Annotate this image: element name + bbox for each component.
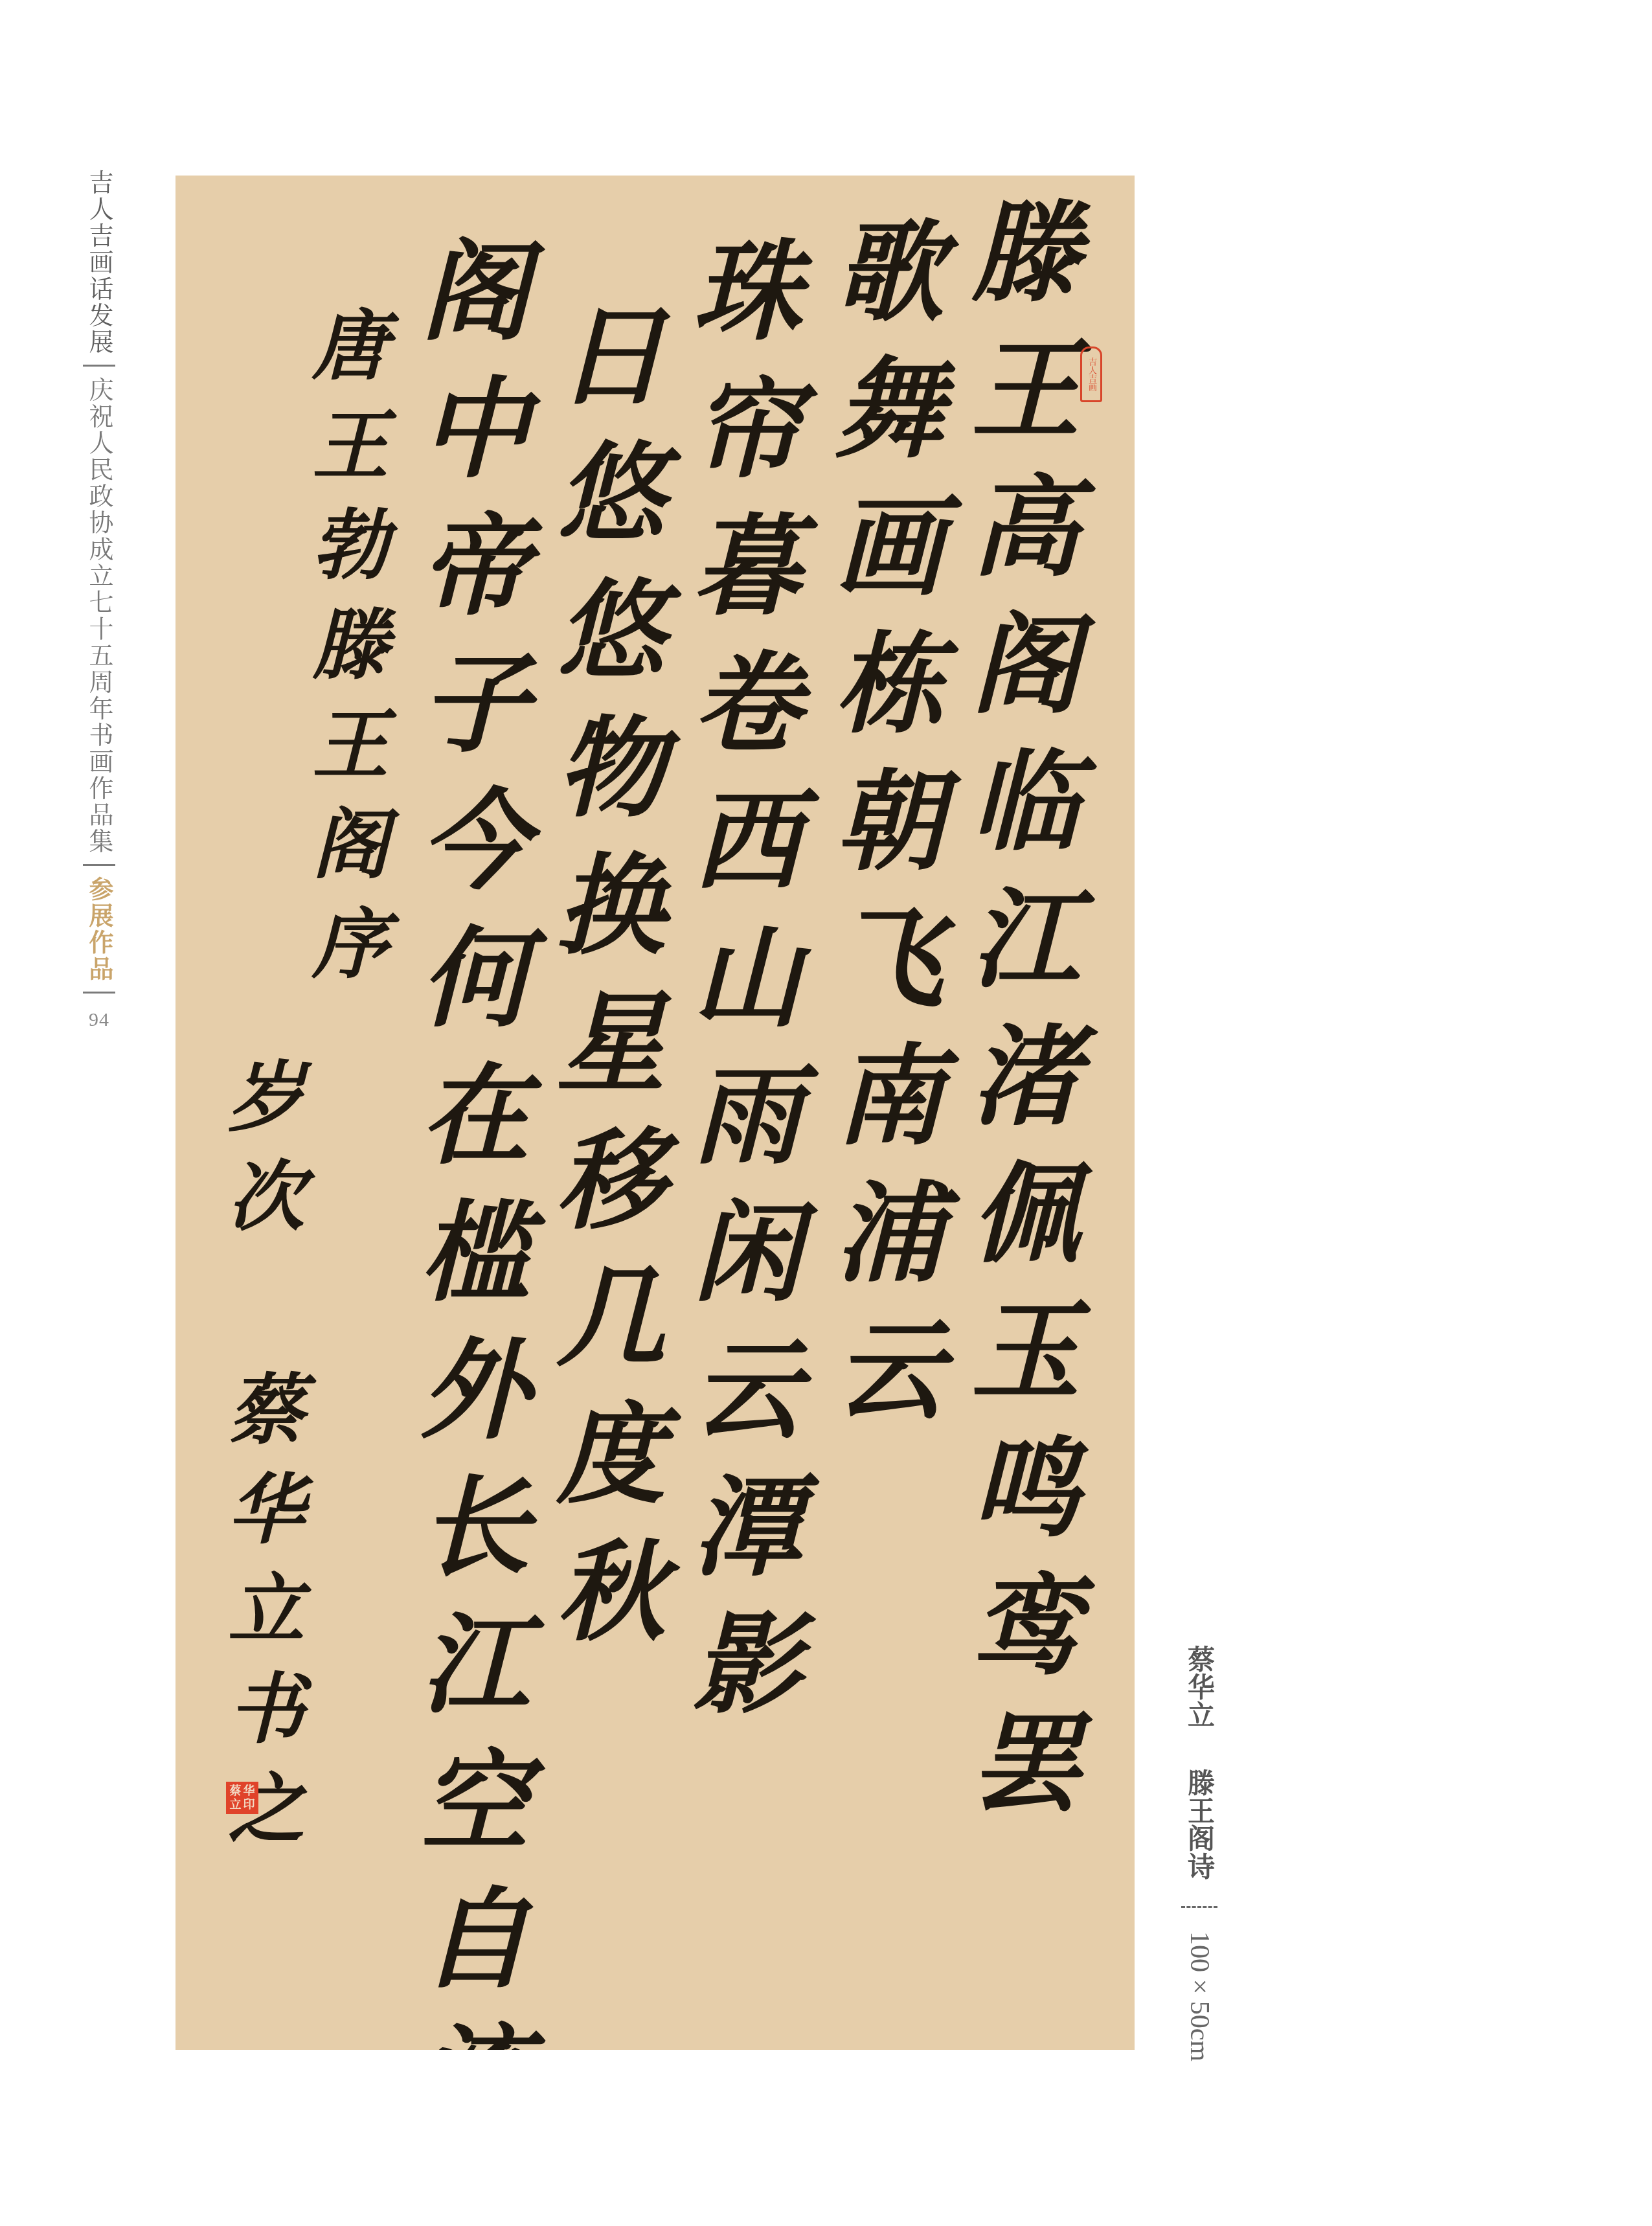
running-header: 吉人吉画话发展 庆祝人民政协成立七十五周年书画作品集 参展作品 94: [83, 170, 115, 1031]
seal-char: 印: [242, 1798, 256, 1811]
seal-char: 蔡: [229, 1784, 242, 1798]
header-divider: [83, 365, 115, 367]
section-label: 参展作品: [83, 876, 115, 982]
poem-column-4: 日悠悠物换星移几度秋: [538, 299, 668, 1672]
book-subtitle: 庆祝人民政协成立七十五周年书画作品集: [83, 377, 115, 855]
book-title: 吉人吉画话发展: [83, 170, 115, 356]
artwork-dimensions: 100 × 50cm: [1181, 1931, 1217, 2061]
poem-column-5: 阁中帝子今何在槛外长江空自流: [402, 234, 532, 2050]
header-divider: [83, 992, 115, 994]
header-divider: [83, 864, 115, 866]
leisure-seal: 吉人吉画: [1080, 346, 1102, 402]
calligraphy-artwork: 滕王高阁临江渚佩玉鸣鸾罢 歌舞画栋朝飞南浦云 珠帘暮卷西山雨闲云潭影 日悠悠物换…: [175, 176, 1135, 2050]
name-seal: 蔡 华 立 印: [226, 1782, 258, 1814]
page-number: 94: [89, 1009, 109, 1031]
inscription-source: 唐王勃滕王阁序: [299, 305, 389, 1003]
poem-column-1: 滕王高阁临江渚佩玉鸣鸾罢: [953, 195, 1082, 1843]
poem-column-3: 珠帘暮卷西山雨闲云潭影: [674, 234, 804, 1744]
artwork-title: 滕王阁诗: [1181, 1769, 1217, 1880]
seal-char: 立: [229, 1798, 242, 1811]
artist-name: 蔡华立: [1181, 1645, 1217, 1729]
artwork-caption: 蔡华立 滕王阁诗 100 × 50cm: [1180, 1645, 1219, 2061]
caption-divider: [1181, 1906, 1217, 1908]
seal-char: 华: [242, 1784, 256, 1798]
inscription-signature: 岁次 蔡华立书之: [214, 1056, 305, 1868]
poem-column-2: 歌舞画栋朝飞南浦云: [817, 214, 946, 1450]
seal-text: 吉人吉画: [1087, 358, 1096, 391]
